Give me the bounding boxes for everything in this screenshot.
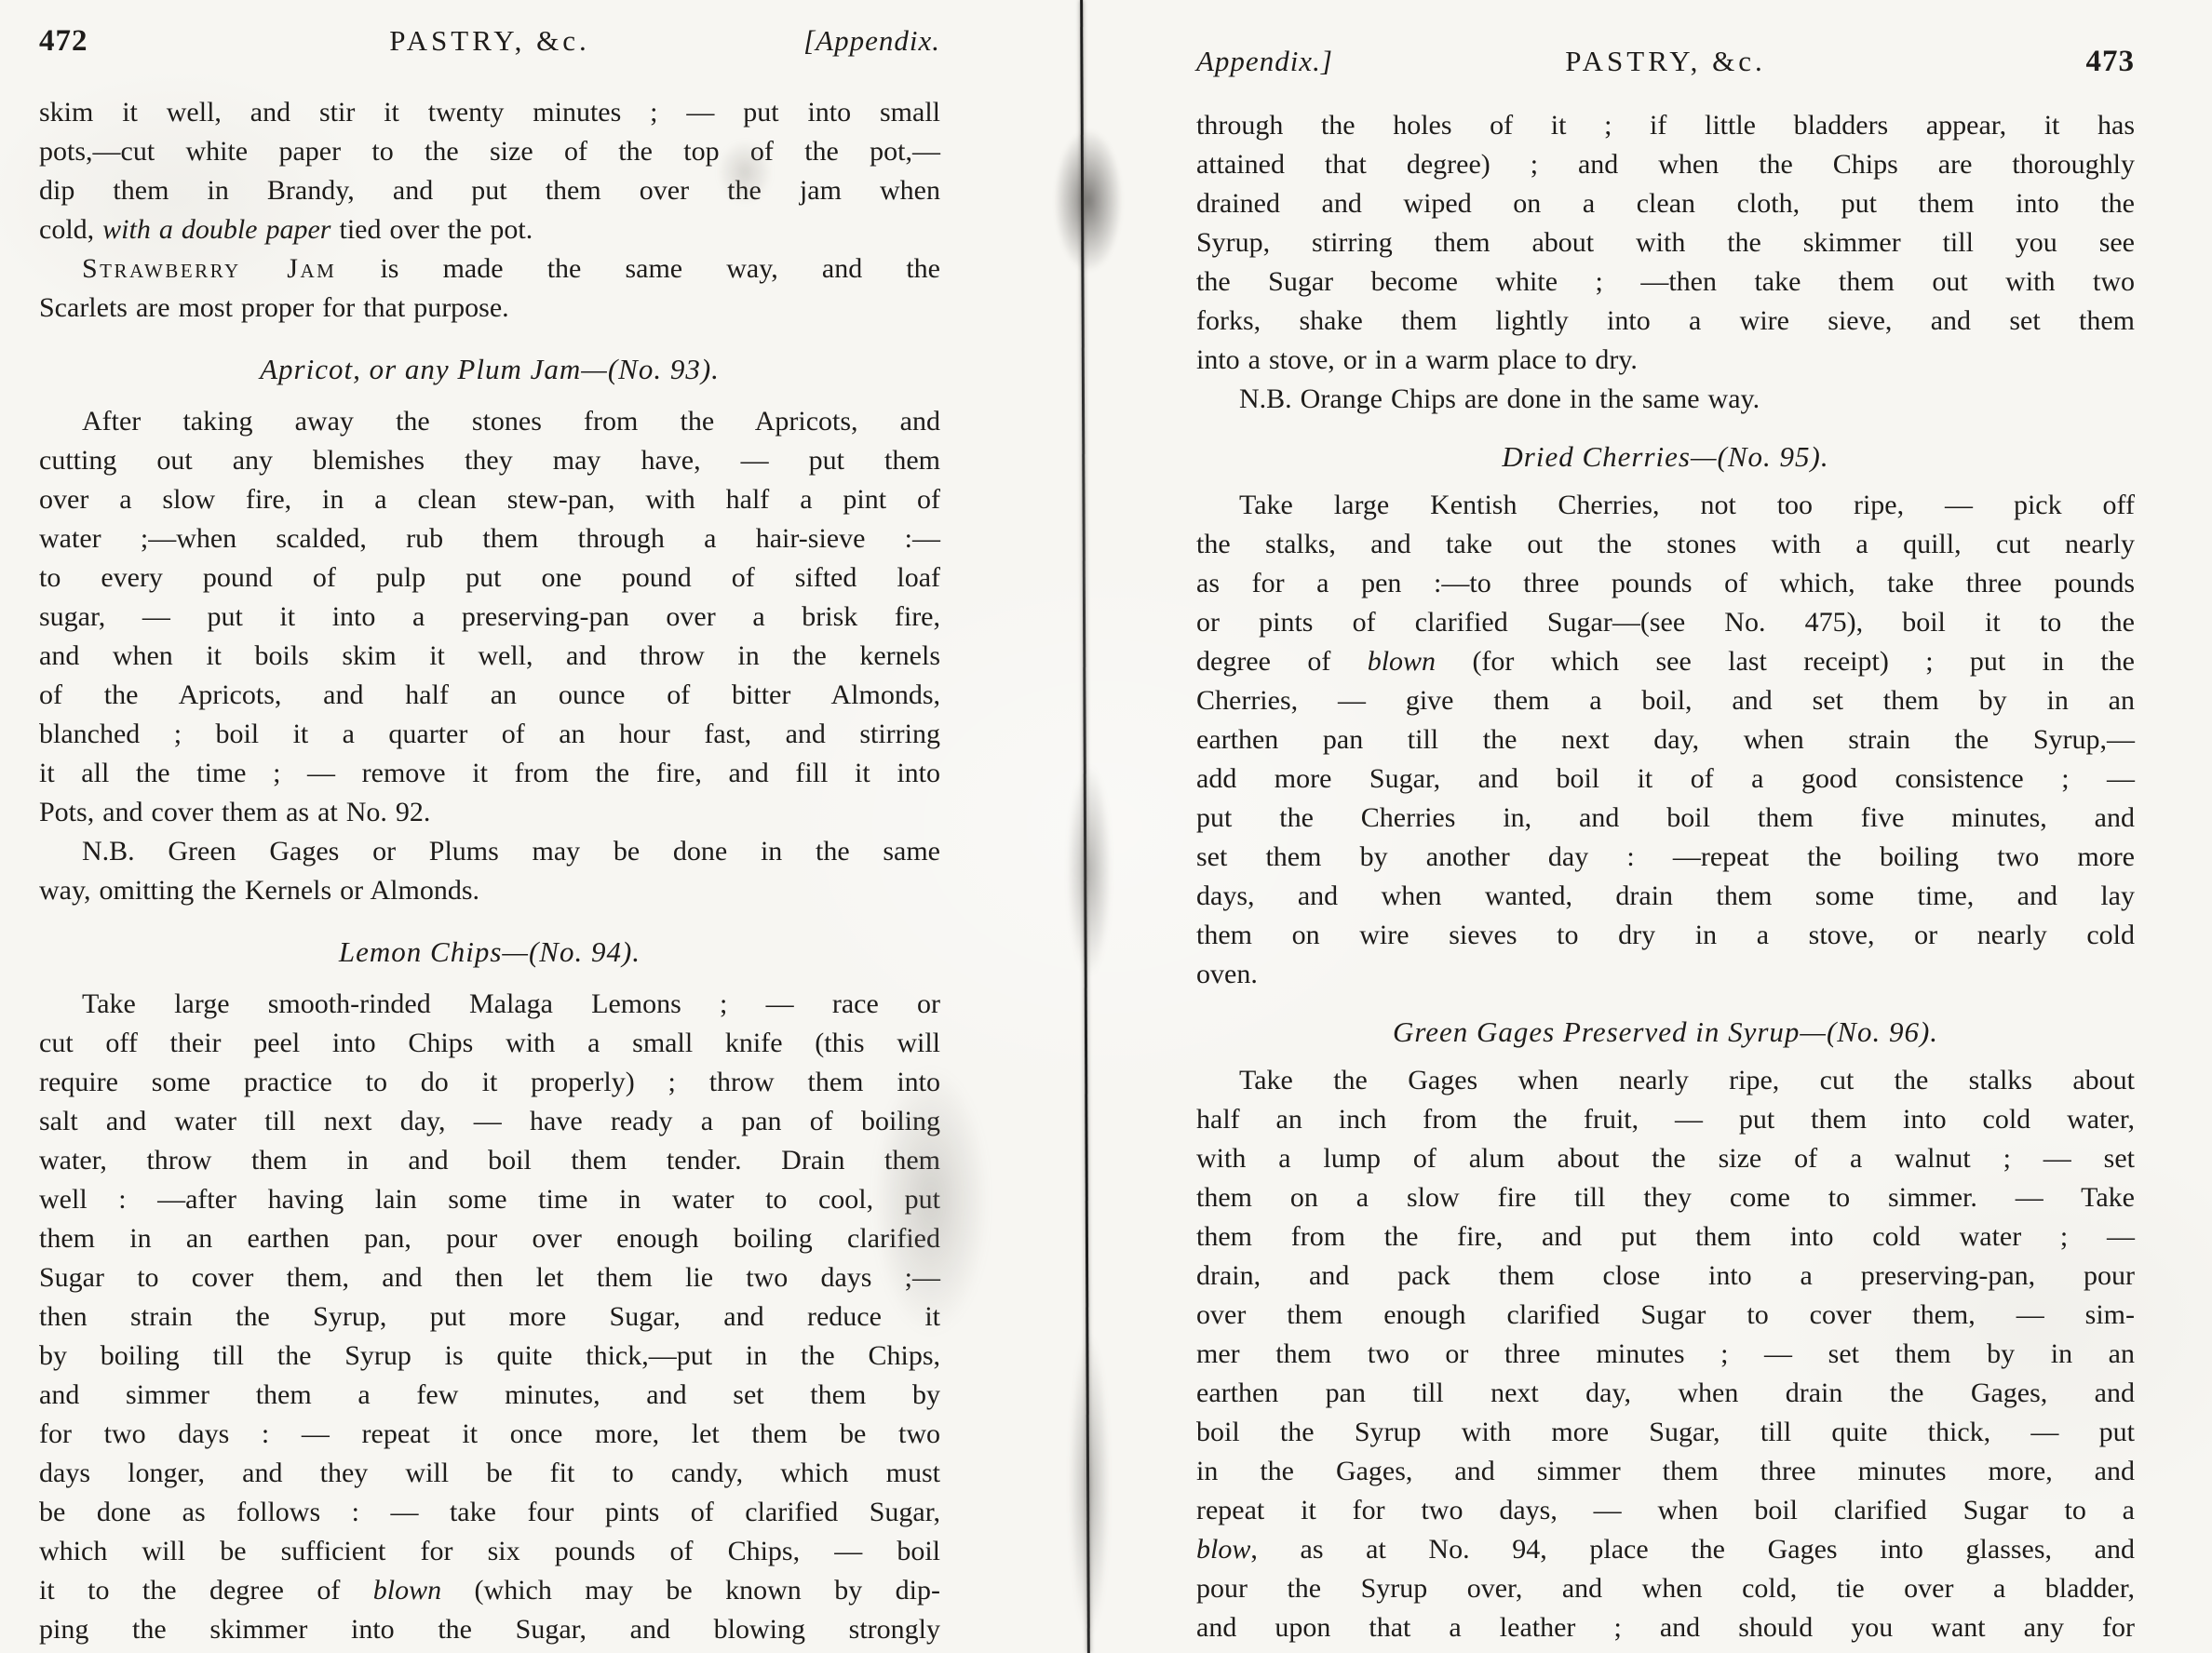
text-line: repeat it for two days, — when boil clar… [1196, 1491, 2135, 1530]
text-line: then strain the Syrup, put more Sugar, a… [39, 1297, 940, 1337]
text-line: sugar, — put it into a preserving-pan ov… [39, 598, 940, 637]
text-line: blow, as at No. 94, place the Gages into… [1196, 1530, 2135, 1569]
page-number-left: 472 [39, 24, 88, 59]
smallcaps-text-run: Strawberry Jam [82, 253, 336, 284]
text-line: be done as follows : — take four pints o… [39, 1493, 940, 1532]
text-line: earthen pan till the next day, when stra… [1196, 720, 2135, 759]
italic-text-run: blown [1368, 646, 1436, 677]
text-line: water, throw them in and boil them tende… [39, 1141, 940, 1180]
text-line: skim it well, and stir it twenty minutes… [39, 93, 940, 132]
text-line: it to the degree of blown (which may be … [39, 1571, 940, 1610]
text-line: forks, shake them lightly into a wire si… [1196, 302, 2135, 341]
text-run: is made the same way, and the [336, 253, 940, 284]
text-line: half an inch from the fruit, — put them … [1196, 1100, 2135, 1139]
text-line: N.B. Orange Chips are done in the same w… [1196, 380, 2135, 419]
recipe-heading-no-93: Apricot, or any Plum Jam—(No. 93). [39, 350, 940, 389]
text-line: as for a pen :—to three pounds of which,… [1196, 564, 2135, 603]
text-line: Scarlets are most proper for that purpos… [39, 289, 940, 328]
text-line: mer them two or three minutes ; — set th… [1196, 1335, 2135, 1374]
text-line: through the holes of it ; if little blad… [1196, 106, 2135, 145]
left-page-body: skim it well, and stir it twenty minutes… [39, 93, 940, 1649]
text-line: Strawberry Jam is made the same way, and… [39, 249, 940, 289]
text-line: attained that degree) ; and when the Chi… [1196, 145, 2135, 184]
text-line: by boiling till the Syrup is quite thick… [39, 1337, 940, 1376]
text-line: or pints of clarified Sugar—(see No. 475… [1196, 603, 2135, 642]
italic-text-run: blow [1196, 1534, 1250, 1565]
text-line: them in an earthen pan, pour over enough… [39, 1219, 940, 1258]
text-line: cut off their peel into Chips with a sma… [39, 1024, 940, 1063]
text-line: which will be sufficient for six pounds … [39, 1532, 940, 1571]
text-line: boil the Syrup with more Sugar, till qui… [1196, 1413, 2135, 1452]
text-line: Syrup, stirring them about with the skim… [1196, 223, 2135, 262]
text-line: and when it boils skim it well, and thro… [39, 637, 940, 676]
text-line: Pots, and cover them as at No. 92. [39, 793, 940, 832]
text-line: cutting out any blemishes they may have,… [39, 441, 940, 480]
text-line: drain, and pack them close into a preser… [1196, 1257, 2135, 1296]
text-line: Cherries, — give them a boil, and set th… [1196, 681, 2135, 720]
text-line: Take the Gages when nearly ripe, cut the… [1196, 1061, 2135, 1100]
text-line: over them enough clarified Sugar to cove… [1196, 1296, 2135, 1335]
text-line: ping the skimmer into the Sugar, and blo… [39, 1610, 940, 1649]
text-line: it all the time ; — remove it from the f… [39, 754, 940, 793]
text-run: degree of [1196, 646, 1368, 677]
text-line: cold, with a double paper tied over the … [39, 210, 940, 249]
running-title-right: PASTRY, &c. [1565, 45, 1765, 78]
text-line: water ;—when scalded, rub them through a… [39, 519, 940, 558]
recipe-heading-no-94: Lemon Chips—(No. 94). [39, 933, 940, 972]
recipe-heading-no-95: Dried Cherries—(No. 95). [1196, 437, 2135, 477]
text-line: for two days : — repeat it once more, le… [39, 1415, 940, 1454]
text-line: Sugar to cover them, and then let them l… [39, 1258, 940, 1297]
italic-text-run: blown [373, 1575, 441, 1606]
text-line: pour the Syrup over, and when cold, tie … [1196, 1569, 2135, 1608]
text-line: of the Apricots, and half an ounce of bi… [39, 676, 940, 715]
text-line: dip them in Brandy, and put them over th… [39, 171, 940, 210]
text-run: tied over the pot. [330, 214, 533, 245]
page-number-right: 473 [2086, 45, 2136, 79]
text-line: drained and wiped on a clean cloth, put … [1196, 184, 2135, 223]
text-line: them on wire sieves to dry in a stove, o… [1196, 916, 2135, 955]
gutter-smudge [1067, 763, 1112, 977]
text-line: well : —after having lain some time in w… [39, 1180, 940, 1219]
text-line: degree of blown (for which see last rece… [1196, 642, 2135, 681]
text-run: (which may be known by dip- [441, 1575, 940, 1606]
right-page-body: through the holes of it ; if little blad… [1196, 106, 2135, 1647]
text-line: in the Gages, and simmer them three minu… [1196, 1452, 2135, 1491]
book-scan-spread: { "left_page": { "page_number": "472", "… [0, 0, 2212, 1653]
text-line: the stalks, and take out the stones with… [1196, 525, 2135, 564]
text-line: set them by another day : —repeat the bo… [1196, 838, 2135, 877]
appendix-label-right: Appendix.] [1196, 45, 1333, 78]
text-line: Take large smooth-rinded Malaga Lemons ;… [39, 985, 940, 1024]
right-page: Appendix.] PASTRY, &c. 473 through the h… [1196, 45, 2135, 1647]
text-line: require some practice to do it properly)… [39, 1063, 940, 1102]
text-run: it to the degree of [39, 1575, 373, 1606]
text-line: After taking away the stones from the Ap… [39, 402, 940, 441]
appendix-label-left: [Appendix. [803, 24, 940, 58]
text-line: over a slow fire, in a clean stew-pan, w… [39, 480, 940, 519]
text-line: oven. [1196, 955, 2135, 994]
text-line: the Sugar become white ; —then take them… [1196, 262, 2135, 302]
text-line: with a lump of alum about the size of a … [1196, 1139, 2135, 1178]
running-title-left: PASTRY, &c. [389, 24, 589, 58]
text-line: and upon that a leather ; and should you… [1196, 1608, 2135, 1647]
recipe-heading-no-96: Green Gages Preserved in Syrup—(No. 96). [1196, 1013, 2135, 1052]
text-line: days longer, and they will be fit to can… [39, 1454, 940, 1493]
text-line: them from the fire, and put them into co… [1196, 1217, 2135, 1257]
text-run: (for which see last receipt) ; put in th… [1436, 646, 2135, 677]
text-run: cold, [39, 214, 102, 245]
text-line: days, and when wanted, drain them some t… [1196, 877, 2135, 916]
text-run: , as at No. 94, place the Gages into gla… [1250, 1534, 2135, 1565]
italic-text-run: with a double paper [102, 214, 330, 245]
left-page: 472 PASTRY, &c. [Appendix. skim it well,… [39, 24, 940, 1649]
ink-smudge [1054, 128, 1123, 273]
text-line: N.B. Green Gages or Plums may be done in… [39, 832, 940, 871]
text-line: earthen pan till next day, when drain th… [1196, 1374, 2135, 1413]
text-line: pots,—cut white paper to the size of the… [39, 132, 940, 171]
right-page-header: Appendix.] PASTRY, &c. 473 [1196, 45, 2135, 93]
text-line: into a stove, or in a warm place to dry. [1196, 341, 2135, 380]
text-line: add more Sugar, and boil it of a good co… [1196, 759, 2135, 799]
left-page-header: 472 PASTRY, &c. [Appendix. [39, 24, 940, 73]
text-line: salt and water till next day, — have rea… [39, 1102, 940, 1141]
text-line: them on a slow fire till they come to si… [1196, 1178, 2135, 1217]
text-line: way, omitting the Kernels or Almonds. [39, 871, 940, 910]
text-line: to every pound of pulp put one pound of … [39, 558, 940, 598]
text-line: Take large Kentish Cherries, not too rip… [1196, 486, 2135, 525]
text-line: and simmer them a few minutes, and set t… [39, 1376, 940, 1415]
text-line: blanched ; boil it a quarter of an hour … [39, 715, 940, 754]
book-gutter-fold [1080, 0, 1090, 1653]
text-line: put the Cherries in, and boil them five … [1196, 799, 2135, 838]
